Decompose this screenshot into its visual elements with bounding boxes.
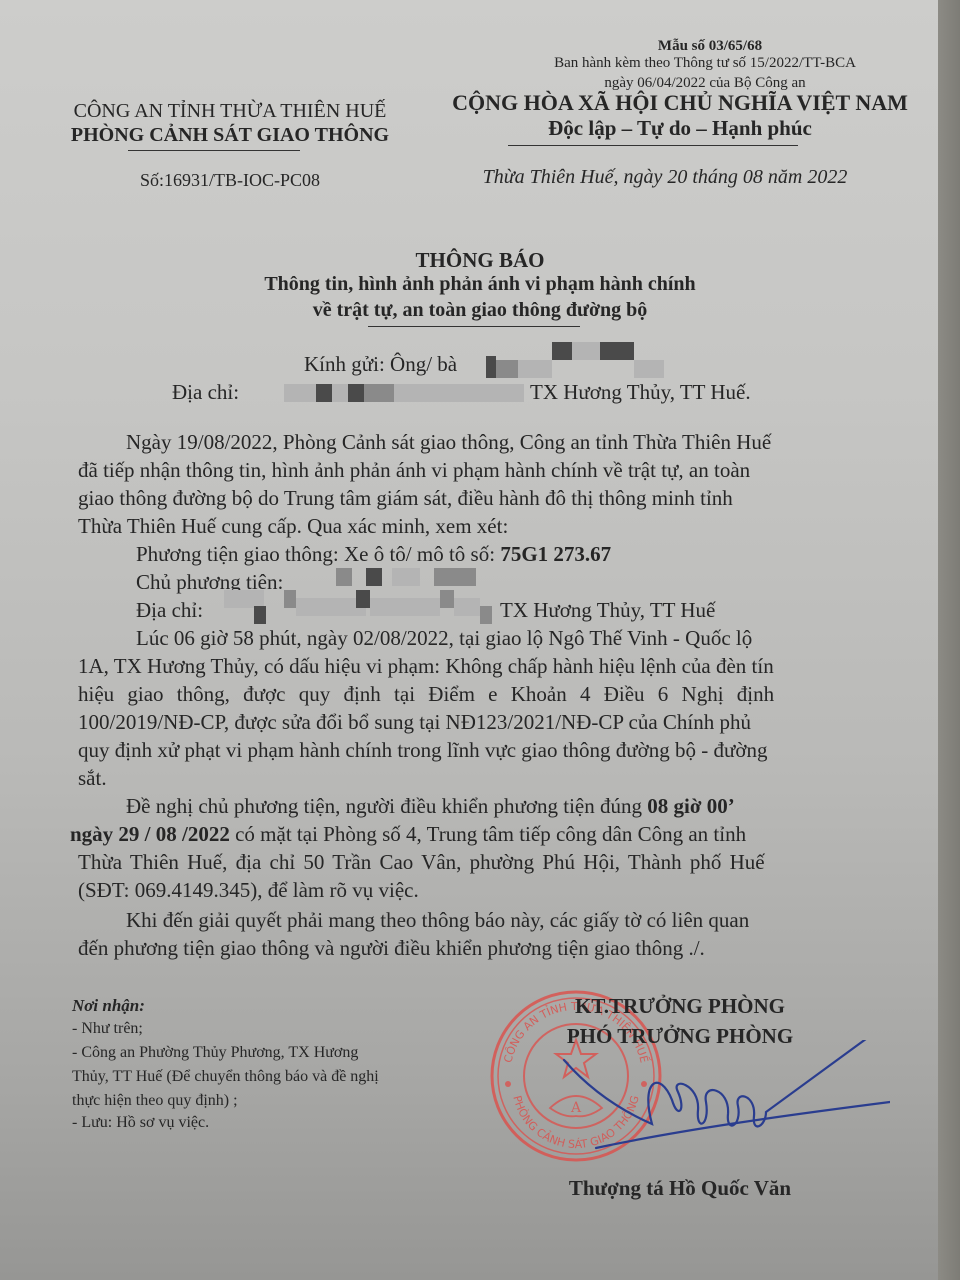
document-subtitle-line2: về trật tự, an toàn giao thông đường bộ bbox=[0, 299, 960, 322]
appointment-time: 08 giờ 00’ bbox=[647, 794, 734, 818]
department-underline bbox=[128, 150, 300, 151]
recipient-line: - Lưu: Hồ sơ vụ việc. bbox=[72, 1114, 209, 1132]
document-number: Số:16931/TB-IOC-PC08 bbox=[40, 170, 420, 191]
title-underline bbox=[368, 326, 580, 327]
document-title: THÔNG BÁO bbox=[0, 248, 960, 273]
para2-line: sắt. bbox=[78, 766, 107, 791]
signature-title-line1: KT.TRƯỞNG PHÒNG bbox=[520, 994, 840, 1019]
addressee-greeting: Kính gửi: Ông/ bà bbox=[304, 352, 457, 377]
recipient-line: Thủy, TT Huế (Để chuyển thông báo và đề … bbox=[72, 1068, 379, 1086]
addressee-address-label: Địa chỉ: bbox=[172, 380, 239, 405]
para3-line2: ngày 29 / 08 /2022 có mặt tại Phòng số 4… bbox=[70, 822, 746, 847]
recipients-heading: Nơi nhận: bbox=[72, 996, 145, 1016]
issuing-department: PHÒNG CẢNH SÁT GIAO THÔNG bbox=[40, 124, 420, 147]
handwritten-signature bbox=[560, 1040, 890, 1150]
owner-address-label: Địa chỉ: bbox=[136, 598, 203, 623]
para2-line: 100/2019/NĐ-CP, được sửa đổi bổ sung tại… bbox=[78, 710, 751, 735]
para1-line: Thừa Thiên Huế cung cấp. Qua xác minh, x… bbox=[78, 514, 508, 539]
para3-text: Đề nghị chủ phương tiện, người điều khiể… bbox=[126, 794, 642, 818]
background-surface bbox=[938, 0, 960, 1280]
vehicle-plate: 75G1 273.67 bbox=[500, 542, 611, 566]
para2-line: quy định xử phạt vi phạm hành chính tron… bbox=[78, 738, 768, 763]
issuing-agency: CÔNG AN TỈNH THỪA THIÊN HUẾ bbox=[40, 100, 420, 123]
recipient-line: - Như trên; bbox=[72, 1020, 143, 1038]
para2-line: 1A, TX Hương Thủy, có dấu hiệu vi phạm: … bbox=[78, 654, 774, 679]
national-motto: Độc lập – Tự do – Hạnh phúc bbox=[420, 116, 940, 141]
document-subtitle-line1: Thông tin, hình ảnh phản ánh vi phạm hàn… bbox=[0, 273, 960, 296]
para1-line: giao thông đường bộ do Trung tâm giám sá… bbox=[78, 486, 733, 511]
vehicle-label: Phương tiện giao thông: Xe ô tô/ mô tô s… bbox=[136, 542, 495, 566]
vehicle-line: Phương tiện giao thông: Xe ô tô/ mô tô s… bbox=[136, 542, 611, 567]
para4-line: Khi đến giải quyết phải mang theo thông … bbox=[126, 908, 749, 933]
motto-underline bbox=[508, 145, 798, 146]
para3-line1: Đề nghị chủ phương tiện, người điều khiể… bbox=[126, 794, 735, 819]
para3-line: Thừa Thiên Huế, địa chỉ 50 Trần Cao Vân,… bbox=[78, 850, 765, 875]
signer-name: Thượng tá Hồ Quốc Văn bbox=[520, 1176, 840, 1201]
addressee-address-suffix: TX Hương Thủy, TT Huế. bbox=[530, 380, 751, 405]
para4-line: đến phương tiện giao thông và người điều… bbox=[78, 936, 705, 961]
place-date: Thừa Thiên Huế, ngày 20 tháng 08 năm 202… bbox=[430, 166, 900, 189]
recipient-line: thực hiện theo quy định) ; bbox=[72, 1092, 238, 1110]
form-issued-with: Ban hành kèm theo Thông tư số 15/2022/TT… bbox=[500, 55, 910, 72]
form-number: Mẫu số 03/65/68 bbox=[560, 38, 860, 55]
owner-address-suffix: TX Hương Thủy, TT Huế bbox=[500, 598, 715, 623]
national-title: CỘNG HÒA XÃ HỘI CHỦ NGHĨA VIỆT NAM bbox=[420, 90, 940, 116]
para3-text: có mặt tại Phòng số 4, Trung tâm tiếp cô… bbox=[235, 822, 746, 846]
para2-line: hiệu giao thông, được quy định tại Điểm … bbox=[78, 682, 774, 707]
para2-line: Lúc 06 giờ 58 phút, ngày 02/08/2022, tại… bbox=[136, 626, 752, 651]
para1-line: đã tiếp nhận thông tin, hình ảnh phản án… bbox=[78, 458, 750, 483]
appointment-date: ngày 29 / 08 /2022 bbox=[70, 822, 230, 846]
para3-line: (SĐT: 069.4149.345), để làm rõ vụ việc. bbox=[78, 878, 419, 903]
recipient-line: - Công an Phường Thủy Phương, TX Hương bbox=[72, 1044, 358, 1062]
para1-line: Ngày 19/08/2022, Phòng Cảnh sát giao thô… bbox=[126, 430, 771, 455]
